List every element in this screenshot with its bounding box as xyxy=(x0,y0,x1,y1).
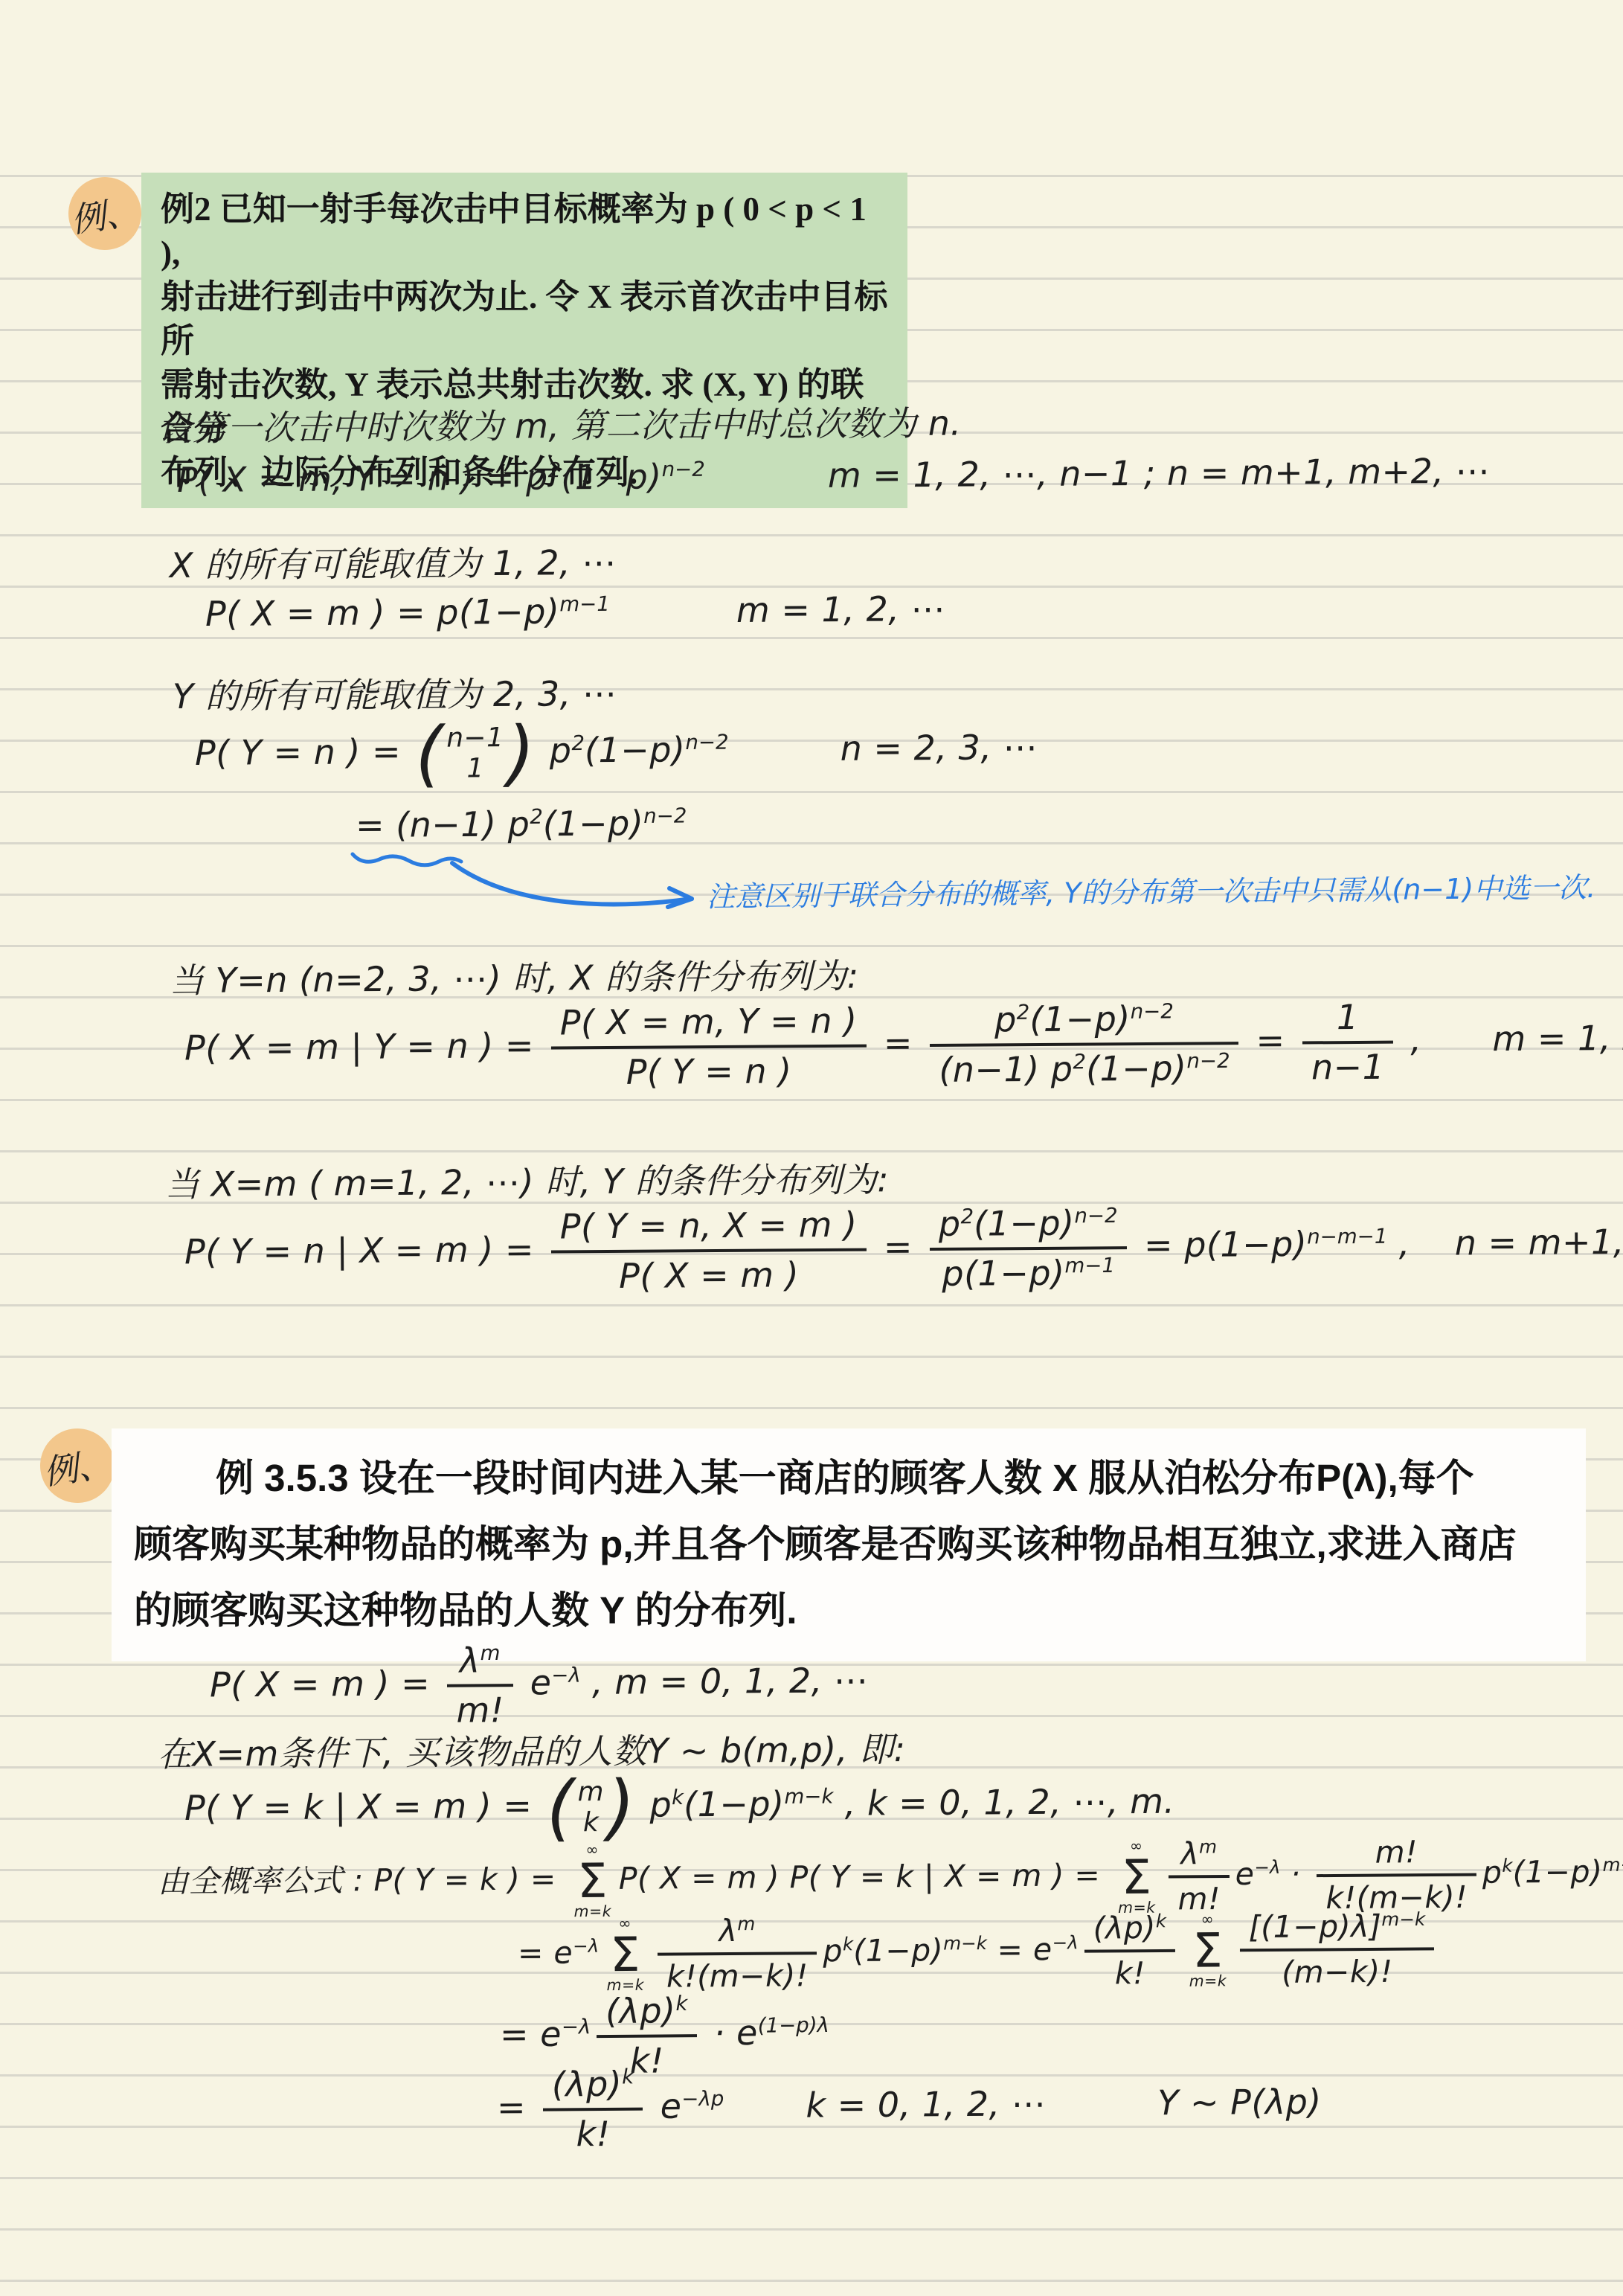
hw-result: = (λp)kk! e−λpk = 0, 1, 2, ⋯Y ~ P(λp) xyxy=(497,2059,1322,2155)
hw-setup-line: 设第一次击中时次数为 m, 第二次击中时总次数为 n. xyxy=(158,396,962,451)
hw-step2: = e−λ∞Σm=kλmk!(m−k)!pk(1−p)m−k = e−λ(λp)… xyxy=(518,1908,1441,1995)
sticker-label: 例、 xyxy=(68,185,142,243)
example353-line: 顾客购买某种物品的概率为 p,并且各个顾客是否购买该种物品相互独立,求进入商店 xyxy=(134,1511,1565,1577)
example353-line: 例 3.5.3 设在一段时间内进入某一商店的顾客人数 X 服从泊松分布P(λ),… xyxy=(134,1445,1565,1511)
hw-poisson-pmf: P( X = m ) = λmm! e−λ , m = 0, 1, 2, ⋯ xyxy=(210,1638,869,1732)
hw-y-marginal: P( Y = n ) = (n−11) p2(1−p)n−2n = 2, 3, … xyxy=(195,717,1038,788)
blue-arrow-annotation xyxy=(348,833,720,923)
notebook-page: 例、 例、 例2 已知一射手每次击中目标概率为 p ( 0 < p < 1 ),… xyxy=(0,0,1623,2296)
example2-line: 例2 已知一射手每次击中目标概率为 p ( 0 < p < 1 ), xyxy=(161,187,890,275)
hw-x-values: X 的所有可能取值为 1, 2, ⋯ xyxy=(170,536,617,588)
hw-x-marginal: P( X = m ) = p(1−p)m−1m = 1, 2, ⋯ xyxy=(205,589,945,634)
example353-line: 的顾客购买这种物品的人数 Y 的分布列. xyxy=(134,1577,1565,1644)
hw-cond-x-header: 当 Y=n (n=2, 3, ⋯) 时, X 的条件分布列为: xyxy=(170,949,859,1003)
hw-cond-y-header: 当 X=m ( m=1, 2, ⋯) 时, Y 的条件分布列为: xyxy=(165,1152,890,1207)
example353-textbook-box: 例 3.5.3 设在一段时间内进入某一商店的顾客人数 X 服从泊松分布P(λ),… xyxy=(112,1428,1586,1661)
hw-binomial-setup: 在X=m条件下, 买该物品的人数Y ~ b(m,p), 即: xyxy=(158,1722,906,1777)
sticker-label: 例、 xyxy=(40,1437,115,1495)
hw-y-values: Y 的所有可能取值为 2, 3, ⋯ xyxy=(173,667,617,719)
hw-cond-y-formula: P( Y = n | X = m ) = P( Y = n, X = m )P(… xyxy=(184,1199,1623,1299)
hw-cond-x-formula: P( X = m | Y = n ) = P( X = m, Y = n )P(… xyxy=(184,995,1623,1095)
example2-line: 射击进行到击中两次为止. 令 X 表示首次击中目标所 xyxy=(161,275,890,363)
hw-binomial-pmf: P( Y = k | X = m ) = (mk) pk(1−p)m−k , k… xyxy=(184,1771,1175,1843)
